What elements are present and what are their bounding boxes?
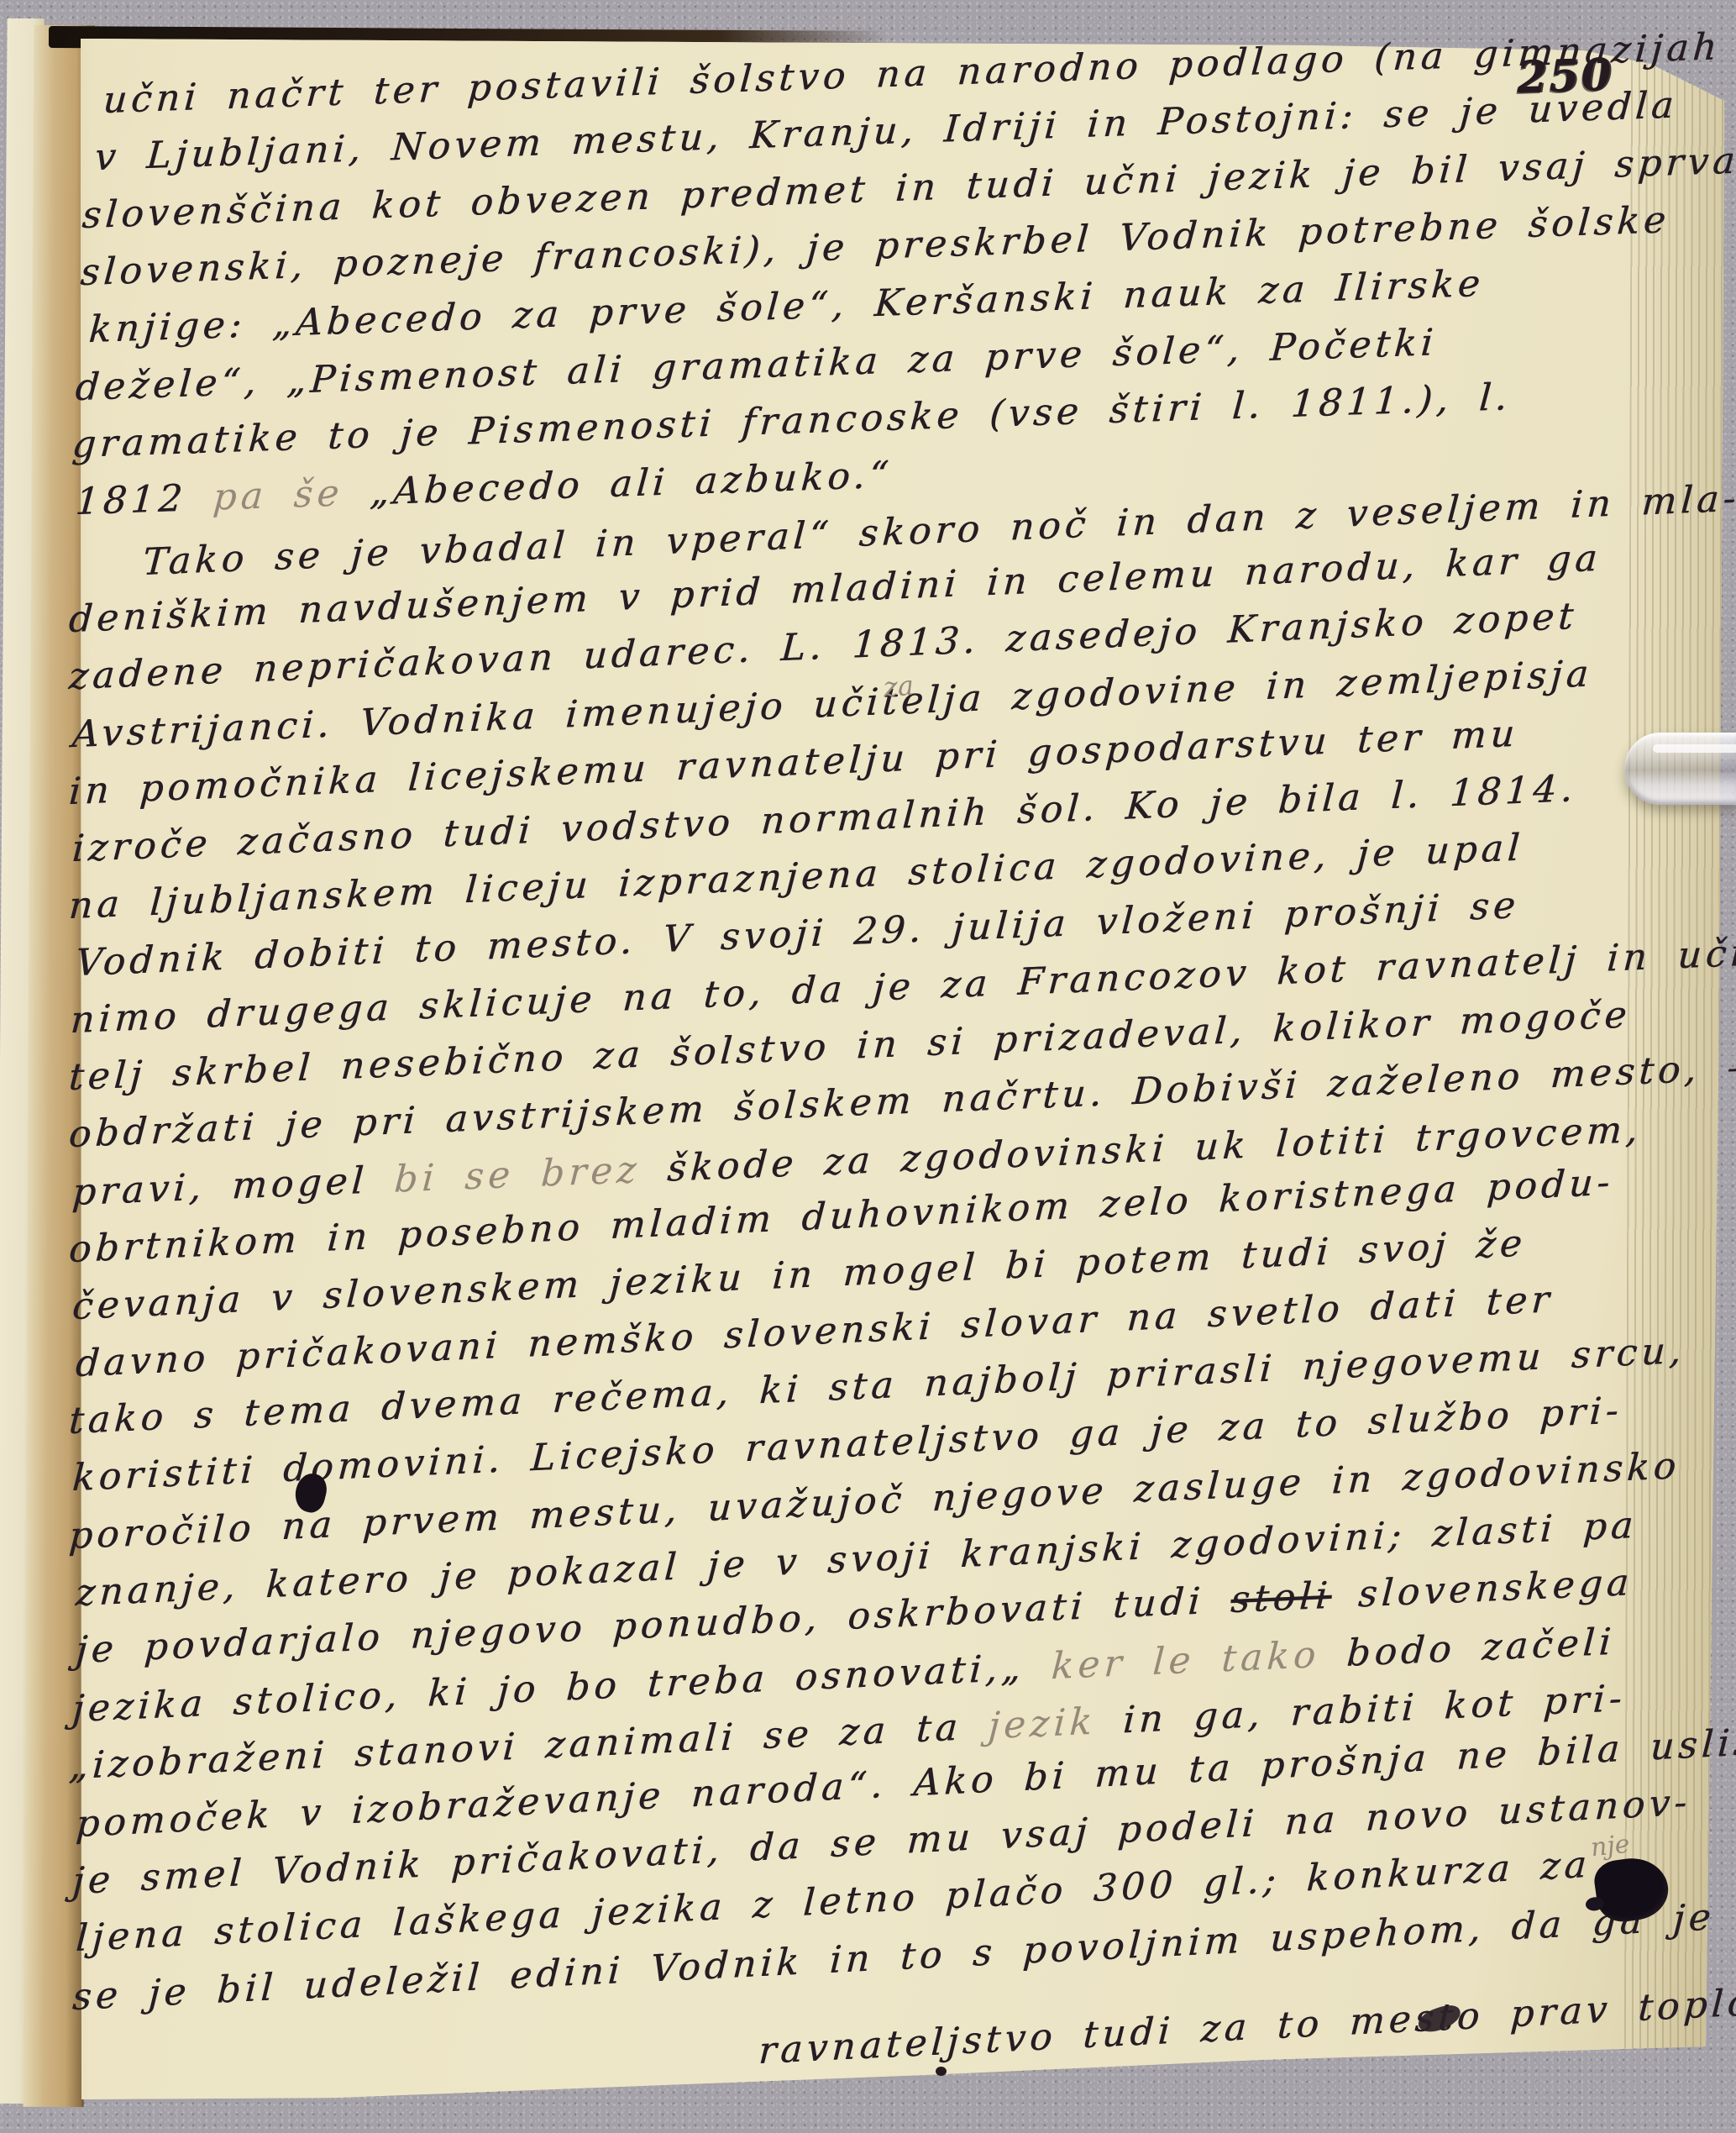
manuscript-line-35: ravnateljstvo tudi za to mesto prav topl… [758, 1978, 1736, 2077]
pencil-insertion-za: za [883, 670, 915, 703]
glass-paperweight [1624, 733, 1736, 805]
pencil-words: ker le tako [1050, 1633, 1321, 1688]
photographed-manuscript: 250 učni načrt ter postavili šolstvo na … [0, 0, 1736, 2133]
pencil-insertion-nje: nje [1589, 1830, 1631, 1863]
ink-dot [936, 2067, 947, 2076]
handwritten-text: 250 učni načrt ter postavili šolstvo na … [0, 0, 1736, 2133]
pencil-words: bi se brez [393, 1148, 642, 1201]
pencil-words: jezik [987, 1700, 1098, 1748]
pencil-words: pa še [212, 471, 345, 518]
struck-word: stoli [1230, 1574, 1333, 1621]
